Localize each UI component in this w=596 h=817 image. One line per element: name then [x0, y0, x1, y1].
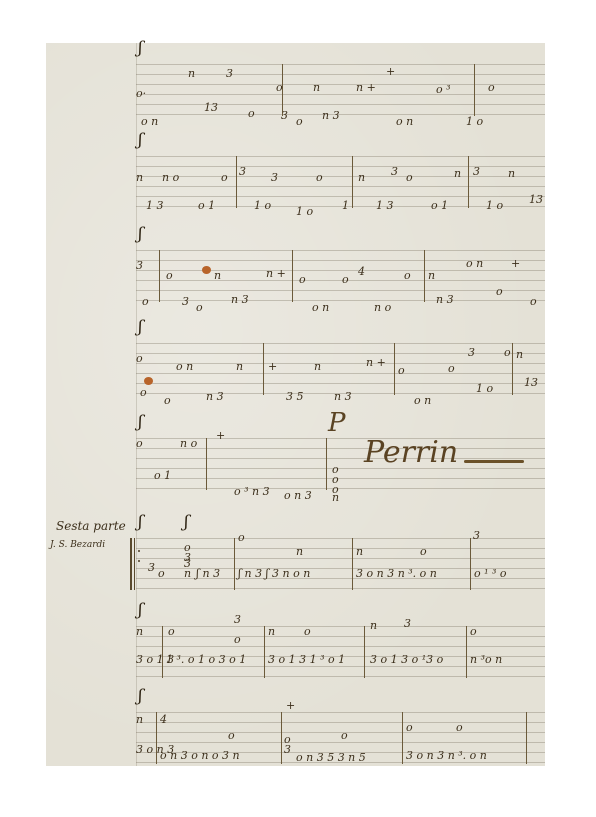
tablature-glyph: 13	[529, 194, 543, 205]
tablature-glyph: o ¹ ³ o	[474, 568, 507, 579]
tablature-glyph: n 3	[322, 110, 340, 121]
tablature-glyph: o n 3 5 3 n 5	[296, 752, 366, 763]
tablature-glyph: n	[268, 626, 275, 637]
tablature-glyph: ʃ n 3 ʃ 3 n o n	[238, 568, 310, 579]
tablature-glyph: o	[420, 546, 427, 557]
staff-line	[136, 250, 545, 251]
tablature-glyph: n	[136, 626, 143, 637]
tablature-glyph: o n	[141, 116, 158, 127]
staff-line	[136, 488, 545, 489]
rhythm-flag-icon: ʃ	[138, 602, 143, 619]
tablature-glyph: 3	[182, 296, 189, 307]
tablature-glyph: 1 o	[296, 206, 313, 217]
barline	[206, 438, 207, 490]
tablature-glyph: o	[142, 296, 149, 307]
tablature-staff: ʃn3 o n 34oo n 3 o n o 3 no3o+o n 3 5 3 …	[136, 694, 545, 766]
tablature-glyph: n	[188, 68, 195, 79]
staff-line	[136, 636, 545, 637]
tablature-glyph: o	[221, 172, 228, 183]
ink-stain	[144, 377, 153, 385]
barline	[466, 626, 467, 678]
scribe-signature: Perrin	[364, 438, 458, 468]
tablature-glyph: 1 o	[466, 116, 483, 127]
tablature-glyph: n	[296, 546, 303, 557]
tablature-glyph: n 3	[206, 391, 224, 402]
repeat-dot	[138, 560, 140, 562]
staff-line	[136, 666, 545, 667]
tablature-glyph: o n	[176, 361, 193, 372]
staff-line	[136, 646, 545, 647]
tablature-glyph: +	[216, 430, 225, 441]
tablature-glyph: n	[516, 349, 523, 360]
barline	[156, 712, 157, 764]
tablature-glyph: o	[234, 634, 241, 645]
section-title: Sesta parte	[56, 519, 126, 533]
rhythm-flag-icon: ʃ	[138, 414, 143, 431]
staff-line	[136, 260, 545, 261]
tablature-glyph: 3	[473, 530, 480, 541]
tablature-glyph: o	[496, 286, 503, 297]
tablature-glyph: o	[341, 730, 348, 741]
tablature-staff: ʃon o+o 1o ³ n 3o n 3ooonPerrinP	[136, 420, 545, 492]
ink-stain	[202, 266, 211, 274]
tablature-glyph: o	[136, 438, 143, 449]
tablature-glyph: n	[454, 168, 461, 179]
tablature-glyph: +	[511, 258, 520, 269]
staff-line	[136, 722, 545, 723]
fermata-mark: P	[328, 410, 346, 436]
tablature-glyph: 13	[204, 102, 218, 113]
tablature-glyph: o	[196, 302, 203, 313]
tablature-glyph: o	[276, 82, 283, 93]
rhythm-flag-icon: ʃ	[138, 514, 143, 531]
tablature-glyph: o	[166, 270, 173, 281]
barline	[234, 538, 235, 590]
staff-line	[136, 290, 545, 291]
tablature-glyph: 3 o n 3 n ³. o n	[406, 750, 487, 761]
barline	[468, 156, 469, 208]
barline	[236, 156, 237, 208]
barline	[526, 712, 527, 764]
tablature-glyph: o	[404, 270, 411, 281]
tablature-glyph: o n	[312, 302, 329, 313]
staff-line	[136, 712, 545, 713]
tablature-glyph: 1 3	[376, 200, 394, 211]
tablature-glyph: o	[158, 568, 165, 579]
tablature-glyph: n ³o n	[470, 654, 502, 665]
tablature-glyph: o n 3 o n o 3 n	[160, 750, 240, 761]
tablature-glyph: n	[184, 568, 191, 579]
staff-line	[136, 538, 545, 539]
barline	[352, 538, 353, 590]
barline	[474, 64, 475, 116]
barline	[263, 343, 264, 395]
tablature-glyph: o n 3	[284, 490, 312, 501]
staff-line	[136, 458, 545, 459]
tablature-glyph: n o	[162, 172, 179, 183]
tablature-glyph: o 1	[198, 200, 215, 211]
tablature-glyph: o	[488, 82, 495, 93]
tablature-glyph: o ³ n 3	[234, 486, 270, 497]
tablature-glyph: 3 o n 3 n ³. o n	[356, 568, 437, 579]
tablature-glyph: +	[286, 700, 295, 711]
tablature-staff: ʃn3o·13oo nonn +3on 3+o ³oo n1 o	[136, 46, 545, 118]
staff-line	[136, 588, 545, 589]
barline	[292, 250, 293, 302]
tablature-glyph: o	[228, 730, 235, 741]
staff-line	[136, 114, 545, 115]
tablature-glyph: o	[406, 172, 413, 183]
barline	[281, 712, 282, 764]
tablature-glyph: o	[136, 353, 143, 364]
staff-line	[136, 186, 545, 187]
tablature-glyph: 3 o 1 3 o ¹3 o	[370, 654, 443, 665]
tablature-glyph: 1	[342, 200, 349, 211]
tablature-glyph: n 3	[231, 294, 249, 305]
tablature-glyph: 3	[234, 614, 241, 625]
tablature-glyph: n +	[356, 82, 376, 93]
staff-line	[136, 343, 545, 344]
tablature-glyph: +	[268, 361, 277, 372]
tablature-glyph: 1 o	[254, 200, 271, 211]
repeat-bar	[130, 538, 132, 590]
tablature-glyph: o	[456, 722, 463, 733]
tablature-glyph: o	[398, 365, 405, 376]
tablature-glyph: 3	[136, 260, 143, 271]
tablature-glyph: 3	[239, 166, 246, 177]
tablature-glyph: 3	[271, 172, 278, 183]
tablature-glyph: o	[248, 108, 255, 119]
tablature-glyph: 1 ³. o 1 o 3 o 1	[166, 654, 246, 665]
tablature-glyph: 3 o 1 3 1 ³ o 1	[268, 654, 345, 665]
tablature-glyph: o	[296, 116, 303, 127]
staff-line	[136, 548, 545, 549]
repeat-bar	[134, 538, 135, 590]
staff-line	[136, 373, 545, 374]
rhythm-flag-icon: ʃ	[138, 226, 143, 243]
rhythm-flag-icon: ʃ	[138, 40, 143, 57]
rhythm-flag-icon: ʃ	[138, 132, 143, 149]
tablature-staff: ʃnn oo1 3o 133o1 o1 o1n3on1 3o 13n1 o13	[136, 138, 545, 210]
tablature-glyph: 4	[160, 714, 167, 725]
staff-line	[136, 104, 545, 105]
tablature-glyph: 3	[284, 744, 291, 755]
tablature-glyph: o	[140, 387, 147, 398]
tablature-glyph: n	[370, 620, 377, 631]
tablature-glyph: +	[386, 66, 395, 77]
staff-line	[136, 353, 545, 354]
tablature-glyph: n	[356, 546, 363, 557]
section-author: J. S. Bezardi	[50, 540, 105, 550]
tablature-glyph: o	[342, 274, 349, 285]
staff-line	[136, 94, 545, 95]
staff-line	[136, 676, 545, 677]
tablature-glyph: n	[508, 168, 515, 179]
tablature-glyph: o·	[136, 88, 146, 99]
tablature-glyph: ʃ n 3	[196, 568, 220, 579]
barline	[162, 626, 163, 678]
tablature-glyph: o	[470, 626, 477, 637]
tablature-glyph: 1 o	[476, 383, 493, 394]
barline	[326, 438, 327, 490]
tablature-glyph: 3	[148, 562, 155, 573]
staff-line	[136, 742, 545, 743]
tablature-staff: ʃn3 o 1 3o3o1 ³. o 1 o 3 o 1no3 o 1 3 1 …	[136, 608, 545, 680]
staff-line	[136, 156, 545, 157]
tablature-glyph: o	[304, 626, 311, 637]
tablature-glyph: o n	[414, 395, 431, 406]
rhythm-flag-icon: ʃ	[184, 514, 189, 531]
tablature-glyph: o	[164, 395, 171, 406]
tablature-glyph: o	[238, 532, 245, 543]
staff-line	[136, 448, 545, 449]
tablature-glyph: o	[316, 172, 323, 183]
staff-line	[136, 196, 545, 197]
tablature-glyph: o 1	[154, 470, 171, 481]
staff-line	[136, 438, 545, 439]
tablature-glyph: o	[406, 722, 413, 733]
barline	[512, 343, 513, 395]
staff-line	[136, 74, 545, 75]
staff-line	[136, 84, 545, 85]
tablature-glyph: n 3	[334, 391, 352, 402]
tablature-glyph: n	[136, 172, 143, 183]
tablature-glyph: o	[448, 363, 455, 374]
barline	[352, 156, 353, 208]
signature-flourish	[464, 460, 524, 463]
tablature-glyph: o ³	[436, 84, 451, 95]
tablature-staff: ʃ3onn +o3on 3oo4oo nn ono n+on 3o	[136, 232, 545, 304]
tablature-glyph: 3	[226, 68, 233, 79]
tablature-glyph: 3	[473, 166, 480, 177]
staff-line	[136, 280, 545, 281]
tablature-glyph: n	[314, 361, 321, 372]
staff-line	[136, 558, 545, 559]
tablature-glyph: o n	[396, 116, 413, 127]
tablature-glyph: o	[168, 626, 175, 637]
tablature-glyph: n	[332, 492, 339, 503]
barline	[264, 626, 265, 678]
tablature-glyph: n	[358, 172, 365, 183]
tablature-glyph: n +	[266, 268, 286, 279]
staff-line	[136, 626, 545, 627]
manuscript-page: Sesta parte J. S. Bezardi ʃn3o·13oo nonn…	[46, 43, 545, 766]
staff-line	[136, 176, 545, 177]
staff-line	[136, 64, 545, 65]
tablature-glyph: 13	[524, 377, 538, 388]
tablature-glyph: o n	[466, 258, 483, 269]
barline	[394, 343, 395, 395]
tablature-glyph: n	[236, 361, 243, 372]
tablature-glyph: n	[214, 270, 221, 281]
tablature-glyph: 1 3	[146, 200, 164, 211]
tablature-staff: ʃʃ3oo33nʃ n 3onʃ n 3 ʃ 3 n o nno3 o n 3 …	[136, 520, 545, 592]
barline	[364, 626, 365, 678]
tablature-glyph: 3	[404, 618, 411, 629]
tablature-glyph: n 3	[436, 294, 454, 305]
repeat-dot	[138, 550, 140, 552]
staff-line	[136, 166, 545, 167]
tablature-glyph: 3	[281, 110, 288, 121]
tablature-glyph: n +	[366, 357, 386, 368]
tablature-glyph: 3 5	[286, 391, 304, 402]
staff-line	[136, 468, 545, 469]
tablature-glyph: o	[530, 296, 537, 307]
tablature-glyph: o 1	[431, 200, 448, 211]
tablature-glyph: 3	[391, 166, 398, 177]
tablature-glyph: o	[299, 274, 306, 285]
barline	[402, 712, 403, 764]
tablature-staff: ʃoo nnoon 3+nn +3 5n 3oo3oo n1 on13	[136, 325, 545, 397]
barline	[470, 538, 471, 590]
staff-line	[136, 363, 545, 364]
tablature-glyph: 3	[468, 347, 475, 358]
barline	[159, 250, 160, 302]
rhythm-flag-icon: ʃ	[138, 688, 143, 705]
barline	[424, 250, 425, 302]
tablature-glyph: n o	[374, 302, 391, 313]
tablature-glyph: n	[428, 270, 435, 281]
tablature-glyph: n o	[180, 438, 197, 449]
tablature-glyph: n	[136, 714, 143, 725]
staff-line	[136, 270, 545, 271]
tablature-glyph: 1 o	[486, 200, 503, 211]
tablature-glyph: 4	[358, 266, 365, 277]
tablature-glyph: o	[504, 347, 511, 358]
staff-line	[136, 478, 545, 479]
tablature-glyph: n	[313, 82, 320, 93]
rhythm-flag-icon: ʃ	[138, 319, 143, 336]
